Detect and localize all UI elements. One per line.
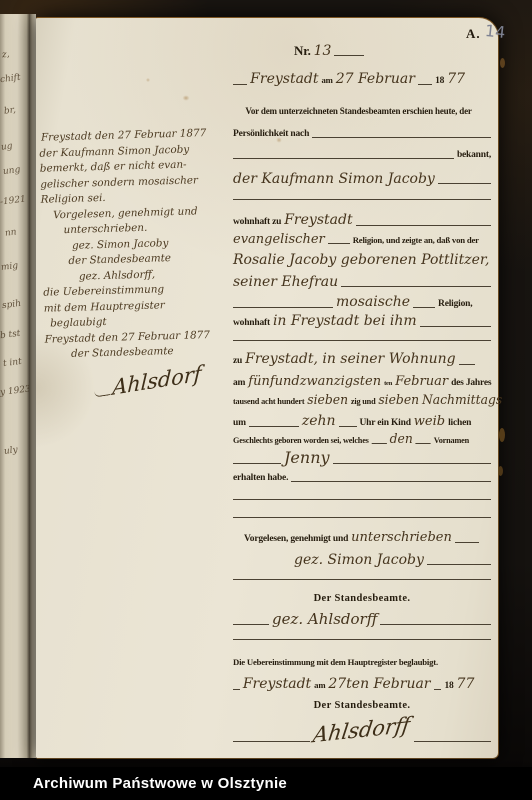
erhalten-habe-line: erhalten habe. [233,474,491,484]
dateline-am: am [322,76,333,85]
zig-und-text: zig und [351,397,376,406]
declarant-line: der Kaufmann Simon Jacoby [233,172,491,186]
margin-signature: Ahlsdorf [94,361,202,402]
am-text: am [233,379,245,389]
form-letter-a: A. [466,26,481,42]
erhalten-habe-text: erhalten habe. [233,474,288,484]
cert-date: 27ten Februar [328,677,430,691]
daytime-value: Nachmittags [422,394,502,407]
dateline: Freystadt am 27 Februar 18 77 [233,72,491,87]
record-number: 13 [314,44,332,58]
residence-line: wohnhaft zu Freystadt [233,213,491,228]
certification-line: Die Uebereinstimmung mit dem Hauptregist… [233,658,491,667]
registrar-title-line-2: Der Standesbeamte. [233,701,491,712]
illegible-fragment: chift [0,73,21,85]
child-name: Jenny [284,450,330,466]
final-signature: Ahlsdorff [312,713,412,748]
persoenlichkeit-line: Persönlichkeit nach [233,130,491,140]
religion-line-1: evangelischer Religion, und zeigte an, d… [233,233,491,246]
bekannt-line: bekannt, [233,151,491,161]
final-signature-line: Ahlsdorff [233,718,491,744]
vorgelesen-text: Vorgelesen, genehmigt und [244,535,348,545]
vorgelesen-line: Vorgelesen, genehmigt und unterschrieben [233,531,491,545]
ten-suffix: ten [384,381,392,388]
religion-line-2: mosaische Religion, [233,295,491,310]
vornamen-text: Vornamen [434,436,469,445]
illegible-fragment: nn [4,227,17,238]
um-text: um [233,419,246,429]
illegible-fragment: uly [3,445,18,457]
illegible-fragment: b tst [0,329,21,341]
registrar-title-line: Der Standesbeamte. [233,594,491,605]
zu-text: zu [233,357,242,367]
registrar-title: Der Standesbeamte. [314,594,411,605]
blank-ruled-line [233,195,491,202]
book-gutter-crease [29,14,36,758]
illegible-fragment: -1921 [0,194,26,207]
residence-2-value: in Freystadt bei ihm [273,314,417,328]
year-word-1: sieben [307,394,348,407]
intro-text: Vor dem unterzeichneten Standesbeamten e… [245,108,471,118]
dateline-year-written: 77 [447,72,465,86]
record-number-line: Nr. 13 [233,44,491,58]
birth-month-value: Februar [395,375,448,388]
cert-am: am [314,681,325,690]
bekannt-text: bekannt, [457,151,491,161]
religion-1-printed: Religion, und zeigte an, daß von der [353,236,479,245]
wohnhaft-zu-text: wohnhaft zu [233,218,281,228]
page-edge-speck [499,428,505,442]
illegible-fragment: mig [0,261,18,273]
registrar-signature-line: gez. Ahlsdorff [233,612,491,627]
unterschrieben-value: unterschrieben [351,531,452,544]
registrar-title-2: Der Standesbeamte. [314,701,411,712]
birth-place-line: zu Freystadt, in seiner Wohnung [233,352,491,367]
birth-hour-line: um zehn Uhr ein Kind weib lichen [233,414,491,429]
declarant-name: der Kaufmann Simon Jacoby [233,172,435,186]
birth-year-line: tausend acht hundert sieben zig und sieb… [233,394,478,407]
cert-place: Freystadt [243,677,311,691]
previous-page-edge: z, chift br, ug ung -1921 nn mig spih b … [0,14,29,758]
residence-line-2: wohnhaft in Freystadt bei ihm [233,314,491,329]
illegible-fragment: spih [1,299,21,311]
dateline-date: 27 Februar [336,72,415,86]
sex-value: weib [414,415,445,428]
birth-place-value: Freystadt, in seiner Wohnung [245,352,455,366]
birth-hour-value: zehn [302,414,336,428]
illegible-fragment: ug [0,141,13,152]
tausend-text: tausend acht hundert [233,397,304,406]
archive-name: Archiwum Państwowe w Olsztynie [33,775,287,792]
certification-text: Die Uebereinstimmung mit dem Hauptregist… [233,658,438,667]
nr-label: Nr. [294,44,311,57]
persoenlichkeit-text: Persönlichkeit nach [233,130,309,140]
child-name-line: Jenny [233,450,491,466]
archive-watermark-bar: Archiwum Państwowe w Olsztynie [0,767,532,800]
registrar-signature: gez. Ahlsdorff [272,612,377,627]
den-value: den [390,433,413,446]
illegible-fragment: z, [1,50,10,61]
declarant-signature-line: gez. Simon Jacoby [233,553,491,567]
illegible-fragment: y 1923, [0,384,29,398]
cert-year-printed: 18 [444,682,453,692]
sex-vornamen-line: Geschlechts geboren worden sei, welches … [233,433,478,446]
religion-2-printed: Religion, [438,300,472,310]
year-word-2: sieben [378,394,419,407]
birth-day-value: fünfundzwanzigsten [248,375,381,388]
register-page: A. 14 Nr. 13 Freystadt am 27 Februar 18 … [36,17,499,759]
form-intro-line: Vor dem unterzeichneten Standesbeamten e… [233,108,478,118]
archival-photo-of-register-page: z, chift br, ug ung -1921 nn mig spih b … [0,0,532,800]
blank-ruled-line [233,336,491,343]
geschlechts-text: Geschlechts geboren worden sei, welches [233,436,369,445]
illegible-fragment: br, [3,105,16,116]
page-number: 14 [484,21,506,42]
residence-value: Freystadt [284,213,352,227]
page-edge-speck [498,466,503,476]
dateline-year-printed: 18 [435,77,444,87]
birth-date-line: am fünfundzwanzigsten ten Februar des Ja… [233,375,491,389]
blank-ruled-line [233,513,491,520]
page-edge-speck [500,58,505,68]
cert-year-written: 77 [457,677,475,691]
mother-relation-line: seiner Ehefrau [233,275,491,289]
margin-annotation: Freystadt den 27 Februar 1877 der Kaufma… [39,125,237,363]
mother-name-line: Rosalie Jacoby geborenen Pottlitzer, [233,253,491,267]
declarant-signature: gez. Simon Jacoby [294,553,424,567]
religion-1-value: evangelischer [233,233,325,246]
blank-ruled-line [233,635,491,642]
mother-relation: seiner Ehefrau [233,275,338,289]
uhr-kind-text: Uhr ein Kind [360,419,411,429]
mother-name: Rosalie Jacoby geborenen Pottlitzer, [233,253,490,267]
des-jahres-text: des Jahres [451,379,491,389]
blank-ruled-line [233,575,491,582]
dateline-place: Freystadt [250,72,318,86]
certification-dateline: Freystadt am 27ten Februar 18 77 [233,677,491,692]
religion-2-value: mosaische [336,295,410,309]
illegible-fragment: t int [2,357,22,369]
blank-ruled-line [233,495,491,502]
lichen-text: lichen [448,419,471,429]
illegible-fragment: ung [2,165,20,177]
wohnhaft-text: wohnhaft [233,319,270,329]
